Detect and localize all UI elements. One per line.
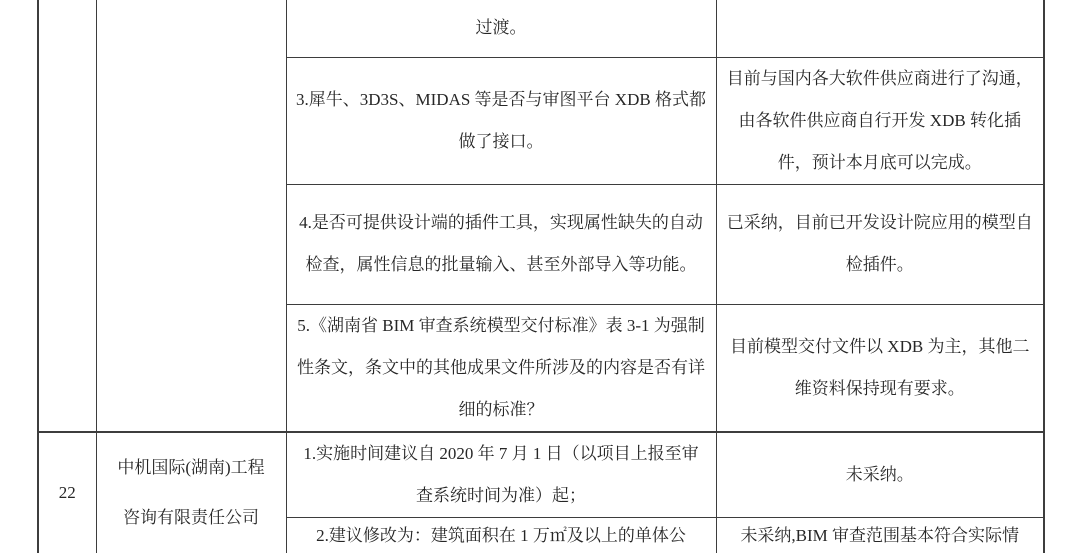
document-page: 过渡。 3.犀牛、3D3S、MIDAS 等是否与审图平台 XDB 格式都做了接口… [0, 0, 1080, 553]
response-cell: 已采纳，目前已开发设计院应用的模型自检插件。 [716, 184, 1044, 304]
comment-cell: 5.《湖南省 BIM 审查系统模型交付标准》表 3-1 为强制性条文，条文中的其… [286, 304, 716, 432]
comment-cell: 过渡。 [286, 0, 716, 57]
response-cell: 目前模型交付文件以 XDB 为主，其他二维资料保持现有要求。 [716, 304, 1044, 432]
comment-text-clipped: 2.建议修改为：建筑面积在 1 万㎡及以上的单体公 [296, 518, 707, 553]
company-name-cell: 中机国际(湖南)工程咨询有限责任公司 [96, 432, 286, 553]
response-cell: 未采纳。 [716, 432, 1044, 518]
comment-cell: 3.犀牛、3D3S、MIDAS 等是否与审图平台 XDB 格式都做了接口。 [286, 57, 716, 184]
entry-number-cell: 22 [38, 432, 96, 553]
company-name-cell [96, 0, 286, 432]
table-row: 过渡。 [38, 0, 1044, 57]
response-cell: 未采纳,BIM 审查范围基本符合实际情 [716, 517, 1044, 553]
response-cell: 目前与国内各大软件供应商进行了沟通，由各软件供应商自行开发 XDB 转化插件，预… [716, 57, 1044, 184]
response-cell [716, 0, 1044, 57]
entry-number-cell [38, 0, 96, 432]
review-comments-table: 过渡。 3.犀牛、3D3S、MIDAS 等是否与审图平台 XDB 格式都做了接口… [37, 0, 1045, 553]
comment-cell: 4.是否可提供设计端的插件工具，实现属性缺失的自动检查，属性信息的批量输入、甚至… [286, 184, 716, 304]
comment-cell: 1.实施时间建议自 2020 年 7 月 1 日（以项目上报至审查系统时间为准）… [286, 432, 716, 518]
table-row: 22 中机国际(湖南)工程咨询有限责任公司 1.实施时间建议自 2020 年 7… [38, 432, 1044, 518]
response-text-clipped: 未采纳,BIM 审查范围基本符合实际情 [726, 518, 1035, 553]
comment-cell: 2.建议修改为：建筑面积在 1 万㎡及以上的单体公 [286, 517, 716, 553]
